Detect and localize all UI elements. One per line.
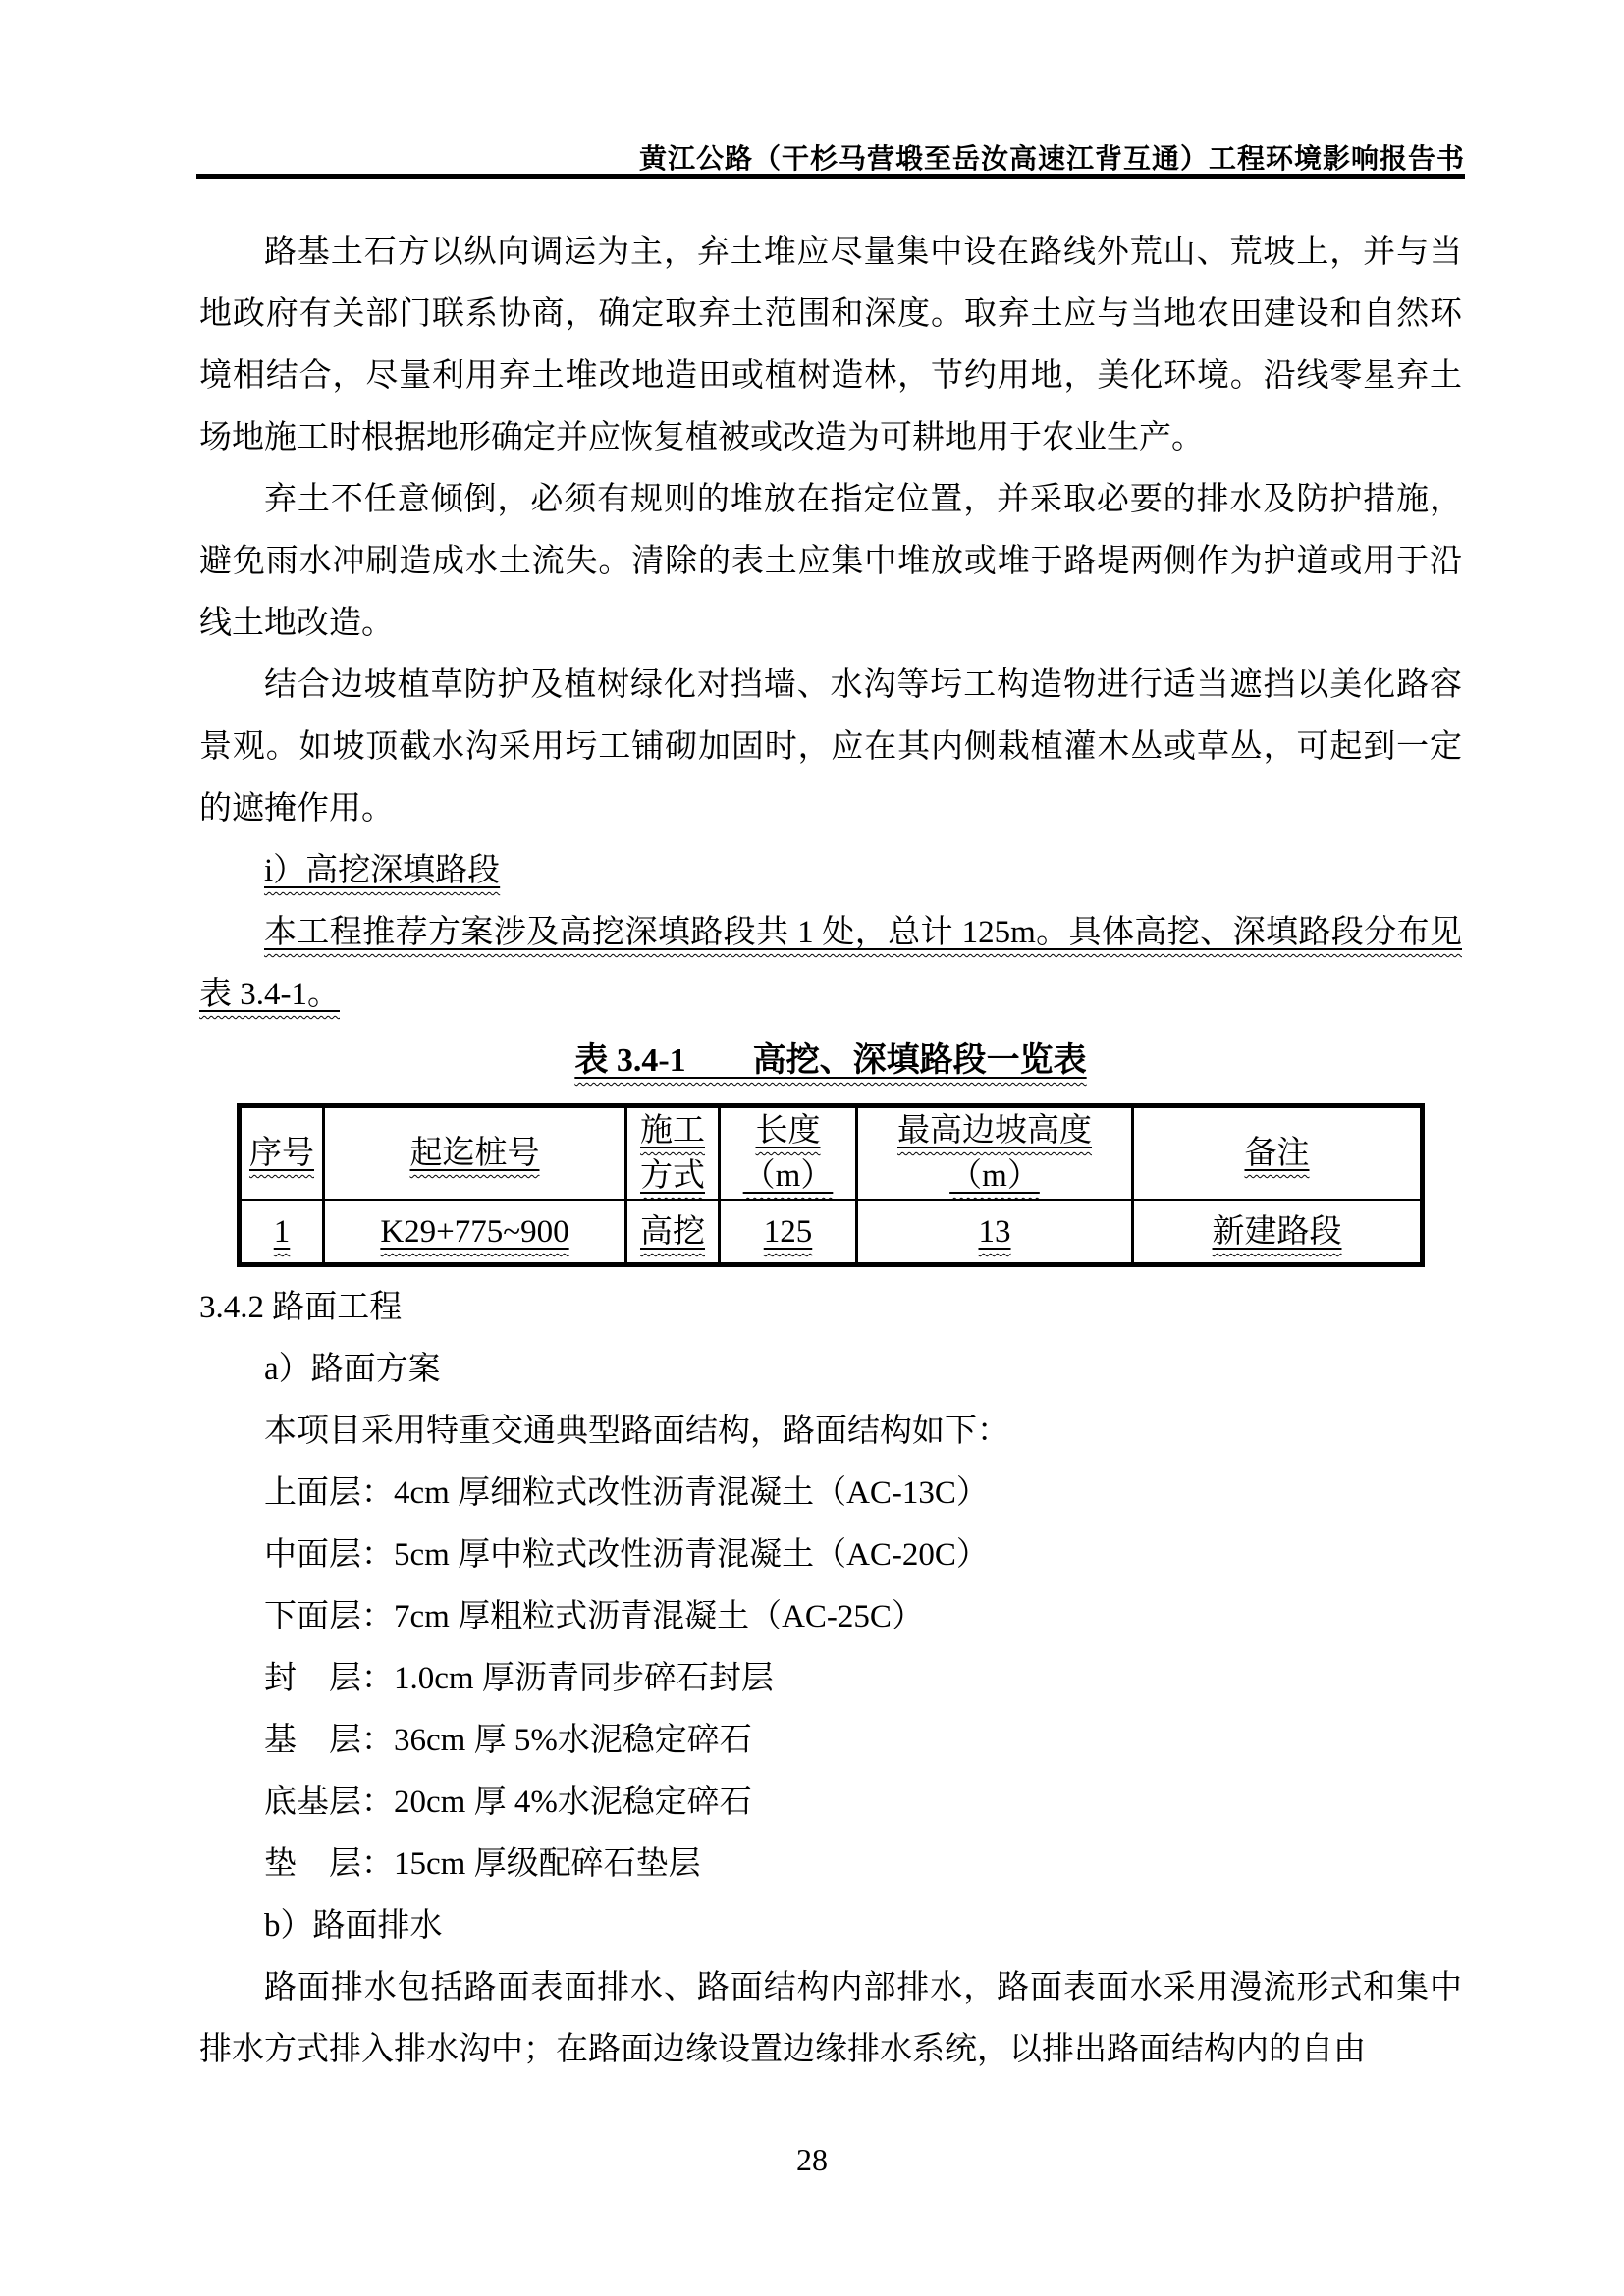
paragraph-pavement-drainage-detail: 路面排水包括路面表面排水、路面结构内部排水，路面表面水采用漫流形式和集中排水方式… <box>199 1957 1462 2081</box>
paragraph-deep-cut-fill-text: 本工程推荐方案涉及高挖深填路段共 1 处，总计 125m。具体高挖、深填路段分布… <box>199 915 1462 1012</box>
layer-line-seal: 封 层：1.0cm 厚沥青同步碎石封层 <box>199 1648 1462 1710</box>
table-header-cell-seq: 序号 <box>240 1106 324 1201</box>
table-caption: 表 3.4-1 高挖、深填路段一览表 <box>199 1030 1462 1092</box>
heading-deep-cut-fill: i）高挖深填路段 <box>199 840 1462 902</box>
section-heading-3-4-2: 3.4.2 路面工程 <box>199 1277 1462 1339</box>
table-header-cell-stake: 起迄桩号 <box>324 1106 626 1201</box>
table-header-row: 序号 起迄桩号 施工 方式 长度 （m） 最高边坡高度（m） 备注 <box>240 1106 1423 1201</box>
page-header-title: 黄江公路（干杉马营塅至岳汝高速江背互通）工程环境影响报告书 <box>196 137 1465 177</box>
paragraph-deep-cut-fill-detail: 本工程推荐方案涉及高挖深填路段共 1 处，总计 125m。具体高挖、深填路段分布… <box>199 902 1462 1026</box>
header-rule <box>196 174 1465 179</box>
page-number: 28 <box>0 2142 1624 2178</box>
table-data-row: 1 K29+775~900 高挖 125 13 新建路段 <box>240 1201 1423 1265</box>
table-header-cell-remark: 备注 <box>1133 1106 1423 1201</box>
table-cell-method: 高挖 <box>626 1201 720 1265</box>
layer-line-bottom: 下面层：7cm 厚粗粒式沥青混凝土（AC-25C） <box>199 1586 1462 1648</box>
table-cell-stake: K29+775~900 <box>324 1201 626 1265</box>
paragraph-slope-greening: 结合边坡植草防护及植树绿化对挡墙、水沟等圬工构造物进行适当遮挡以美化路容景观。如… <box>199 655 1462 840</box>
layer-line-base: 基 层：36cm 厚 5%水泥稳定碎石 <box>199 1710 1462 1772</box>
table-header-cell-slope-height: 最高边坡高度（m） <box>857 1106 1133 1201</box>
item-b-pavement-drainage: b）路面排水 <box>199 1896 1462 1957</box>
heading-deep-cut-fill-text: i）高挖深填路段 <box>264 853 500 888</box>
layer-line-subbase: 底基层：20cm 厚 4%水泥稳定碎石 <box>199 1772 1462 1834</box>
document-page: 黄江公路（干杉马营塅至岳汝高速江背互通）工程环境影响报告书 路基土石方以纵向调运… <box>0 0 1624 2296</box>
layer-line-cushion: 垫 层：15cm 厚级配碎石垫层 <box>199 1834 1462 1896</box>
layer-line-top: 上面层：4cm 厚细粒式改性沥青混凝土（AC-13C） <box>199 1463 1462 1524</box>
table-cell-slope-height: 13 <box>857 1201 1133 1265</box>
paragraph-pavement-structure-intro: 本项目采用特重交通典型路面结构，路面结构如下： <box>199 1401 1462 1463</box>
table-cell-seq: 1 <box>240 1201 324 1265</box>
item-a-pavement-scheme: a）路面方案 <box>199 1339 1462 1401</box>
table-header-cell-length: 长度 （m） <box>720 1106 857 1201</box>
document-body: 路基土石方以纵向调运为主，弃土堆应尽量集中设在路线外荒山、荒坡上，并与当地政府有… <box>199 222 1462 2081</box>
table-caption-text: 表 3.4-1 高挖、深填路段一览表 <box>574 1042 1086 1079</box>
paragraph-earthwork-allocation: 路基土石方以纵向调运为主，弃土堆应尽量集中设在路线外荒山、荒坡上，并与当地政府有… <box>199 222 1462 469</box>
table-header-cell-method: 施工 方式 <box>626 1106 720 1201</box>
table-cell-length: 125 <box>720 1201 857 1265</box>
cut-fill-sections-table: 序号 起迄桩号 施工 方式 长度 （m） 最高边坡高度（m） 备注 1 K29+… <box>237 1103 1425 1267</box>
table-cell-remark: 新建路段 <box>1133 1201 1423 1265</box>
layer-line-middle: 中面层：5cm 厚中粒式改性沥青混凝土（AC-20C） <box>199 1524 1462 1586</box>
paragraph-spoil-disposal: 弃土不任意倾倒，必须有规则的堆放在指定位置，并采取必要的排水及防护措施，避免雨水… <box>199 469 1462 655</box>
